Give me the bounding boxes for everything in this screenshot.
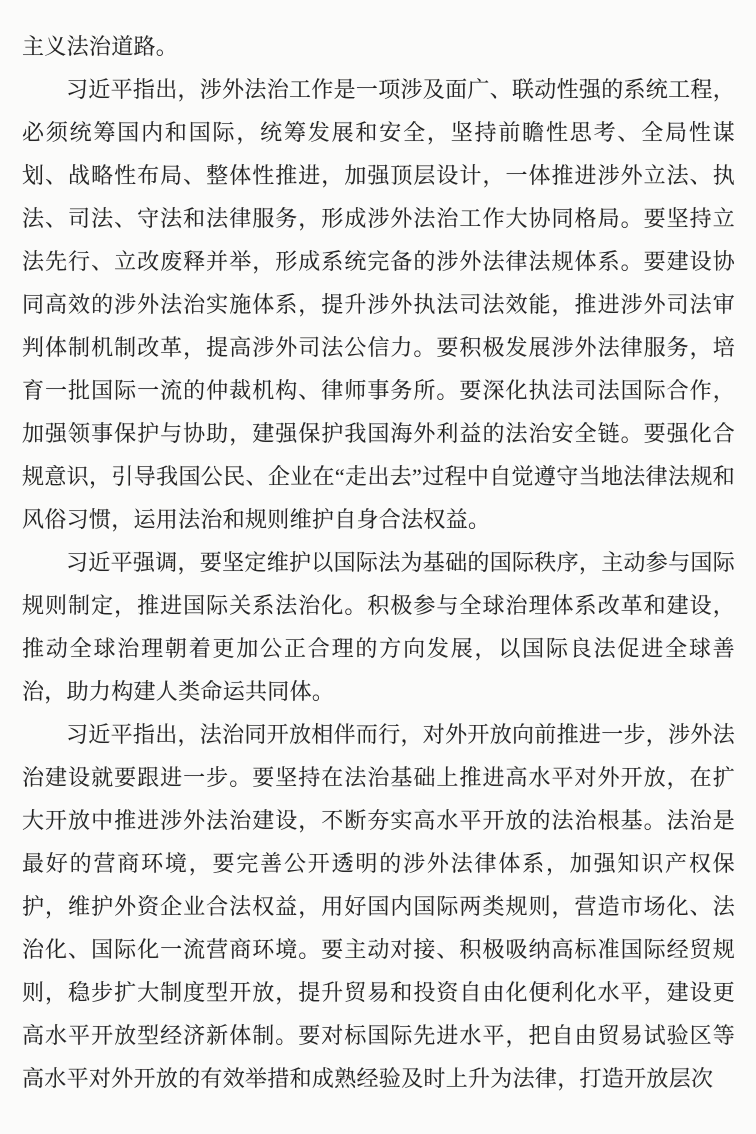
paragraph-1: 习近平指出，涉外法治工作是一项涉及面广、联动性强的系统工程，必须统筹国内和国际，… (22, 68, 735, 541)
document-page: 主义法治道路。 习近平指出，涉外法治工作是一项涉及面广、联动性强的系统工程，必须… (0, 0, 756, 1134)
document-text-block: 主义法治道路。 习近平指出，涉外法治工作是一项涉及面广、联动性强的系统工程，必须… (0, 0, 756, 1100)
paragraph-continuation: 主义法治道路。 (22, 25, 735, 68)
paragraph-2: 习近平强调，要坚定维护以国际法为基础的国际秩序，主动参与国际规则制定，推进国际关… (22, 541, 735, 713)
paragraph-3: 习近平指出，法治同开放相伴而行，对外开放向前推进一步，涉外法治建设就要跟进一步。… (22, 713, 735, 1100)
